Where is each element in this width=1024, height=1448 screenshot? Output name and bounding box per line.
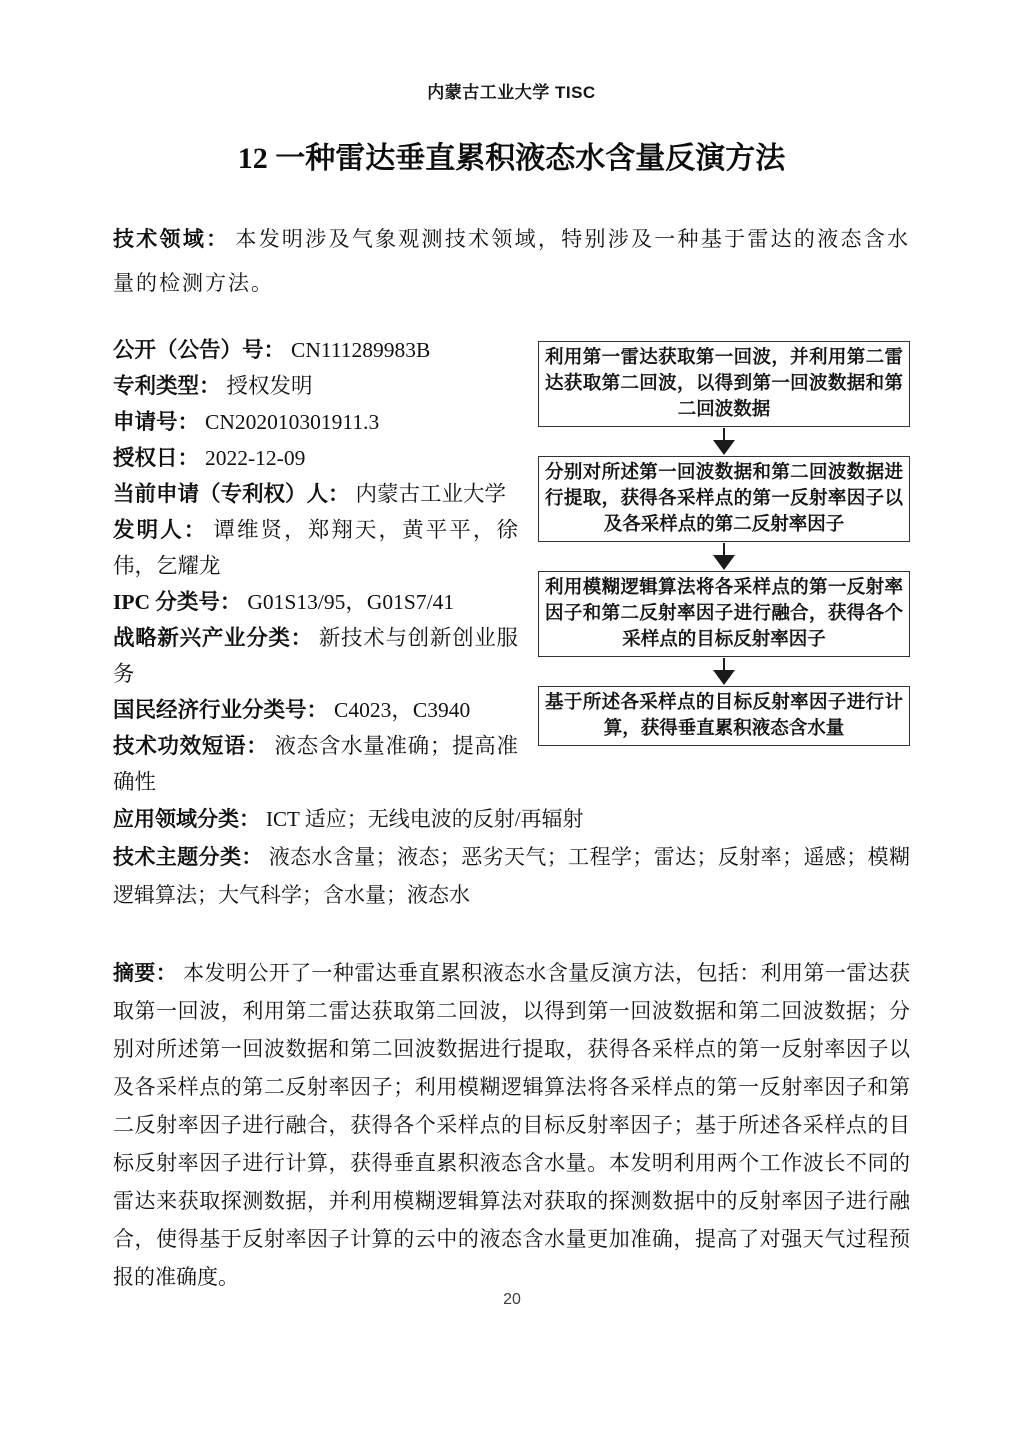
field-grant-date: 授权日：2022-12-09 <box>113 440 518 476</box>
field-label: 授权日： <box>113 446 199 470</box>
field-tech-topic-class: 技术主题分类：液态水含量；液态；恶劣天气；工程学；雷达；反射率；遥感；模糊逻辑算… <box>113 838 910 914</box>
tech-field-paragraph: 技术领域：本发明涉及气象观测技术领域，特别涉及一种基于雷达的液态含水量的检测方法… <box>113 217 910 305</box>
field-publication-number: 公开（公告）号：CN111289983B <box>113 332 518 368</box>
metadata-list: 公开（公告）号：CN111289983B 专利类型：授权发明 申请号：CN202… <box>113 332 518 800</box>
field-national-economy-class: 国民经济行业分类号：C4023，C3940 <box>113 692 518 728</box>
field-label: 技术功效短语： <box>113 734 268 758</box>
document-header: 内蒙古工业大学 TISC <box>113 82 910 104</box>
field-label: 发明人： <box>113 518 207 542</box>
classification-section: 应用领域分类：ICT 适应；无线电波的反射/再辐射 技术主题分类：液态水含量；液… <box>113 800 910 914</box>
field-value: ICT 适应；无线电波的反射/再辐射 <box>266 807 584 831</box>
field-value: 授权发明 <box>227 374 313 398</box>
page-content: 内蒙古工业大学 TISC 12 一种雷达垂直累积液态水含量反演方法 技术领域：本… <box>0 0 1024 1296</box>
field-label: 应用领域分类： <box>113 807 260 831</box>
field-label: IPC 分类号： <box>113 590 241 614</box>
tech-field-label: 技术领域： <box>113 227 229 251</box>
abstract-text: 本发明公开了一种雷达垂直累积液态水含量反演方法，包括：利用第一雷达获取第一回波，… <box>113 961 910 1289</box>
field-application-number: 申请号：CN202010301911.3 <box>113 404 518 440</box>
field-value: CN202010301911.3 <box>205 410 379 434</box>
flowchart-step-2: 分别对所述第一回波数据和第二回波数据进行提取，获得各采样点的第一反射率因子以及各… <box>538 456 910 542</box>
field-strategic-industry-class: 战略新兴产业分类：新技术与创新创业服务 <box>113 620 518 692</box>
patent-title: 12 一种雷达垂直累积液态水含量反演方法 <box>113 137 910 181</box>
flowchart-step-3: 利用模糊逻辑算法将各采样点的第一反射率因子和第二反射率因子进行融合，获得各个采样… <box>538 571 910 657</box>
field-patent-type: 专利类型：授权发明 <box>113 368 518 404</box>
field-ipc-class: IPC 分类号：G01S13/95，G01S7/41 <box>113 584 518 620</box>
method-flowchart: 利用第一雷达获取第一回波，并利用第二雷达获取第二回波，以得到第一回波数据和第二回… <box>538 341 910 746</box>
field-current-assignee: 当前申请（专利权）人：内蒙古工业大学 <box>113 476 518 512</box>
abstract-paragraph: 摘要：本发明公开了一种雷达垂直累积液态水含量反演方法，包括：利用第一雷达获取第一… <box>113 954 910 1296</box>
patent-document-page: 内蒙古工业大学 TISC 12 一种雷达垂直累积液态水含量反演方法 技术领域：本… <box>0 0 1024 1448</box>
field-application-domain-class: 应用领域分类：ICT 适应；无线电波的反射/再辐射 <box>113 800 910 838</box>
field-label: 国民经济行业分类号： <box>113 698 328 722</box>
page-number: 20 <box>0 1291 1024 1309</box>
field-label: 专利类型： <box>113 374 221 398</box>
arrow-down-icon <box>538 542 910 571</box>
field-value: 2022-12-09 <box>205 446 305 470</box>
field-tech-effect-phrases: 技术功效短语：液态含水量准确；提高准确性 <box>113 728 518 800</box>
metadata-and-flowchart-section: 公开（公告）号：CN111289983B 专利类型：授权发明 申请号：CN202… <box>113 332 910 800</box>
field-value: G01S13/95，G01S7/41 <box>247 590 454 614</box>
field-label: 公开（公告）号： <box>113 338 285 362</box>
field-value: CN111289983B <box>291 338 430 362</box>
field-label: 当前申请（专利权）人： <box>113 482 350 506</box>
arrow-down-icon <box>538 427 910 456</box>
field-label: 战略新兴产业分类： <box>113 626 313 650</box>
arrow-down-icon <box>538 657 910 686</box>
field-value: C4023，C3940 <box>334 698 470 722</box>
flowchart-step-4: 基于所述各采样点的目标反射率因子进行计算，获得垂直累积液态含水量 <box>538 686 910 746</box>
field-label: 技术主题分类： <box>113 845 263 869</box>
field-value: 内蒙古工业大学 <box>356 482 507 506</box>
flowchart-step-1: 利用第一雷达获取第一回波，并利用第二雷达获取第二回波，以得到第一回波数据和第二回… <box>538 341 910 427</box>
field-label: 申请号： <box>113 410 199 434</box>
field-inventors: 发明人：谭维贤，郑翔天，黄平平，徐伟，乞耀龙 <box>113 512 518 584</box>
abstract-label: 摘要： <box>113 961 177 985</box>
tech-field-text: 本发明涉及气象观测技术领域，特别涉及一种基于雷达的液态含水量的检测方法。 <box>113 227 910 295</box>
